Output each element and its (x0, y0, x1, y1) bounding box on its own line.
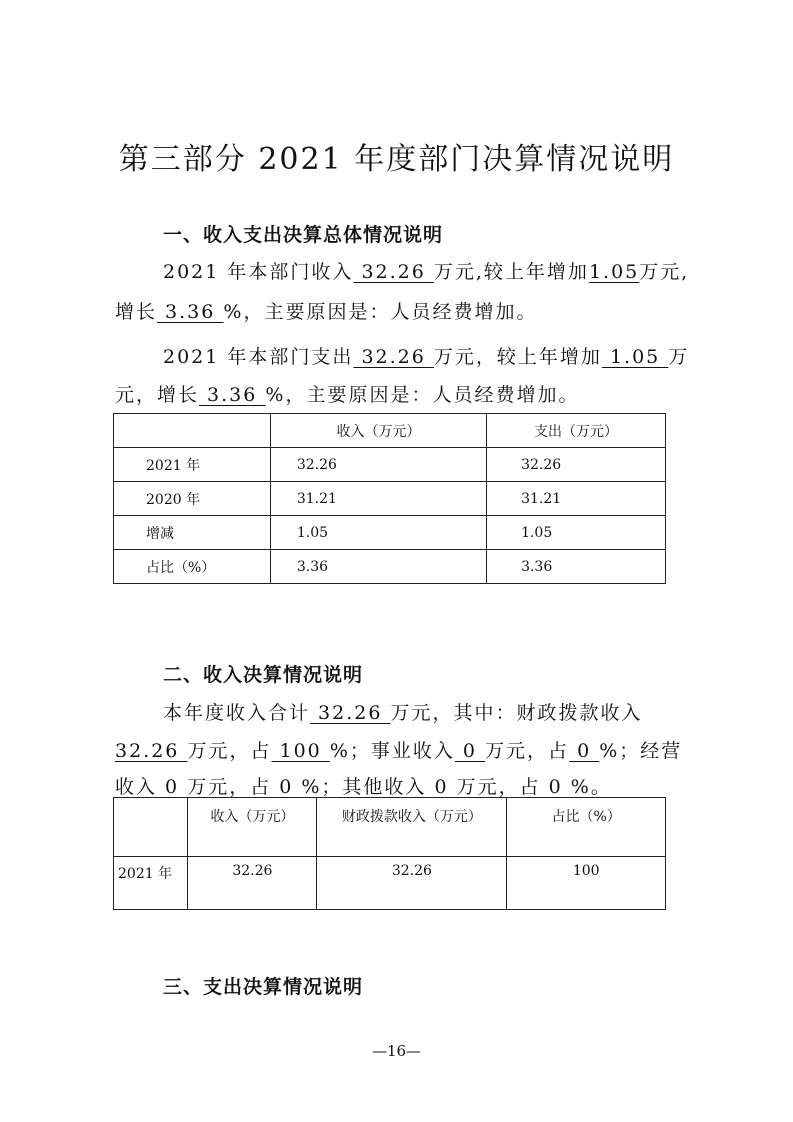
fiscal-pct-value: 100 (271, 740, 329, 762)
text: 增长 (115, 301, 157, 323)
table-header-row: 收入（万元） 财政拨款收入（万元） 占比（%） (114, 798, 666, 857)
table-header-cell (114, 414, 271, 448)
table-header-row: 收入（万元） 支出（万元） (114, 414, 666, 448)
table-cell: 32.26 (317, 857, 507, 910)
text: 万元，占 (187, 740, 271, 762)
expense-increase-value: 1.05 (602, 346, 668, 368)
page-title: 第三部分 2021 年度部门决算情况说明 (0, 134, 793, 178)
section2-heading: 二、收入决算情况说明 (163, 660, 363, 687)
section2-para-line3: 收入 0 万元，占 0 %；其他收入 0 万元，占 0 %。 (115, 772, 612, 799)
total-income-value: 32.26 (310, 702, 390, 724)
income-value: 32.26 (353, 261, 433, 283)
text: 万元,较上年增加 (434, 261, 589, 283)
table-row: 占比（%） 3.36 3.36 (114, 550, 666, 584)
section1-heading: 一、收入支出决算总体情况说明 (163, 220, 443, 247)
table-header-cell: 收入（万元） (270, 414, 486, 448)
section1-para1-line2: 增长 3.36 %，主要原因是：人员经费增加。 (115, 297, 537, 324)
table-header-cell: 占比（%） (507, 798, 666, 857)
business-income-value: 0 (455, 740, 485, 762)
text: 收入 (115, 776, 157, 798)
table-cell: 3.36 (487, 550, 666, 584)
text: 万 (668, 346, 689, 368)
income-growth-value: 3.36 (157, 301, 223, 323)
text: %，主要原因是：人员经费增加。 (265, 384, 579, 406)
text: 万元，较上年增加 (434, 346, 602, 368)
text: 万元，占 (457, 776, 541, 798)
table-cell: 31.21 (487, 482, 666, 516)
table-cell: 2021 年 (114, 448, 271, 482)
table-cell: 1.05 (487, 516, 666, 550)
table-cell: 32.26 (270, 448, 486, 482)
table-cell: 100 (507, 857, 666, 910)
text: 万元，占 (485, 740, 569, 762)
table-header-cell: 财政拨款收入（万元） (317, 798, 507, 857)
table-row: 增减 1.05 1.05 (114, 516, 666, 550)
text: 万元，占 (187, 776, 271, 798)
text: %；事业收入 (330, 740, 455, 762)
table-header-cell: 收入（万元） (188, 798, 317, 857)
section2-para-line1: 本年度收入合计 32.26 万元，其中：财政拨款收入 (163, 698, 643, 725)
table-cell: 32.26 (487, 448, 666, 482)
income-breakdown-table: 收入（万元） 财政拨款收入（万元） 占比（%） 2021 年 32.26 32.… (113, 797, 666, 910)
table-cell: 1.05 (270, 516, 486, 550)
table-cell: 31.21 (270, 482, 486, 516)
table-cell: 2021 年 (114, 857, 188, 910)
section2-para-line2: 32.26 万元，占 100 %；事业收入 0 万元，占 0 %；经营 (115, 736, 682, 763)
text: %。 (571, 776, 612, 798)
section1-para2-line1: 2021 年本部门支出 32.26 万元，较上年增加 1.05 万 (163, 342, 689, 369)
text: 本年度收入合计 (163, 702, 310, 724)
text: 万元，其中：财政拨款收入 (391, 702, 643, 724)
income-expense-summary-table: 收入（万元） 支出（万元） 2021 年 32.26 32.26 2020 年 … (113, 413, 666, 584)
table-cell: 3.36 (270, 550, 486, 584)
operating-income-value: 0 (157, 776, 187, 798)
text: %；其他收入 (301, 776, 426, 798)
business-pct-value: 0 (569, 740, 599, 762)
text: 2021 年本部门收入 (163, 261, 353, 283)
fiscal-income-value: 32.26 (115, 740, 187, 762)
table-row: 2021 年 32.26 32.26 (114, 448, 666, 482)
other-pct-value: 0 (541, 776, 571, 798)
text: 2021 年本部门支出 (163, 346, 353, 368)
table-cell: 增减 (114, 516, 271, 550)
text: %，主要原因是：人员经费增加。 (223, 301, 537, 323)
operating-pct-value: 0 (271, 776, 301, 798)
table-row: 2020 年 31.21 31.21 (114, 482, 666, 516)
text: 万元, (639, 261, 689, 283)
text: 元，增长 (115, 384, 199, 406)
table-header-cell: 支出（万元） (487, 414, 666, 448)
income-increase-value: 1.05 (589, 261, 639, 283)
other-income-value: 0 (426, 776, 456, 798)
text: %；经营 (599, 740, 682, 762)
section3-heading: 三、支出决算情况说明 (163, 972, 363, 999)
section1-para2-line2: 元，增长 3.36 %，主要原因是：人员经费增加。 (115, 380, 579, 407)
table-header-cell (114, 798, 188, 857)
expense-value: 32.26 (353, 346, 433, 368)
page-number: —16— (0, 1042, 793, 1060)
section1-para1-line1: 2021 年本部门收入 32.26 万元,较上年增加1.05万元, (163, 257, 689, 284)
expense-growth-value: 3.36 (199, 384, 265, 406)
table-cell: 占比（%） (114, 550, 271, 584)
table-row: 2021 年 32.26 32.26 100 (114, 857, 666, 910)
table-cell: 32.26 (188, 857, 317, 910)
table-cell: 2020 年 (114, 482, 271, 516)
